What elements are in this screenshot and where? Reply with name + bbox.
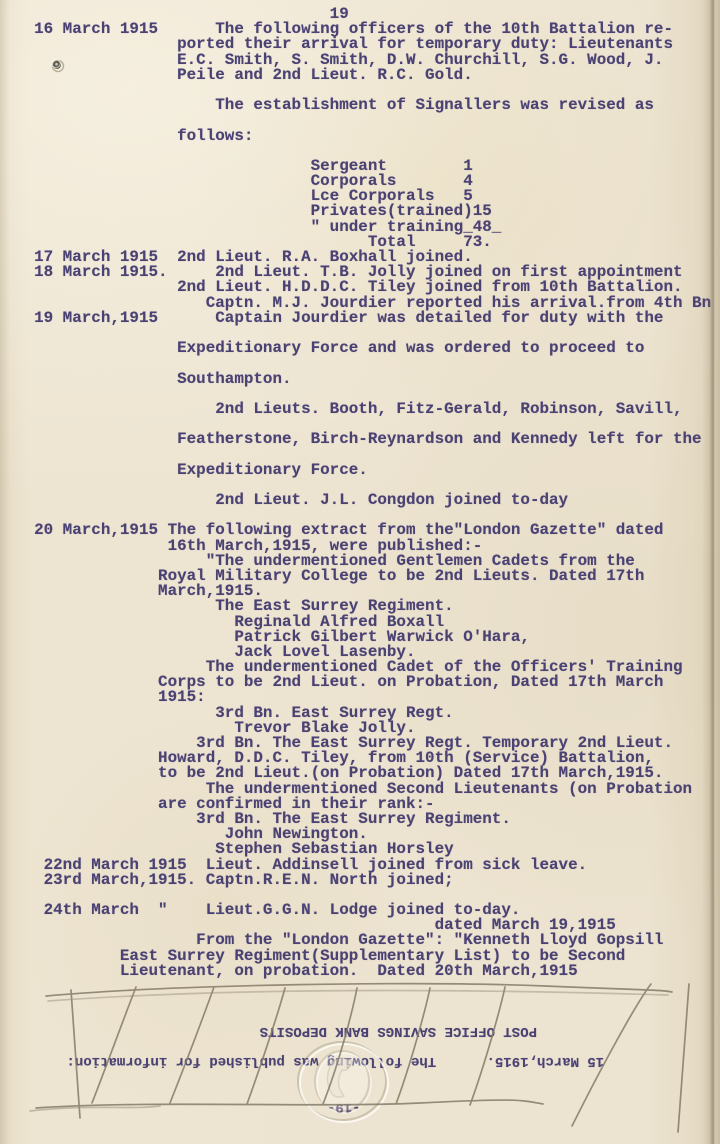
reversed-typed-line: -19-: [0, 1099, 705, 1114]
typed-line: follows:: [15, 129, 720, 144]
typed-line: 2nd Lieut. J.L. Congdon joined to-day: [15, 493, 720, 508]
typed-line: The establishment of Signallers was revi…: [15, 98, 720, 113]
typed-text-block: 19 16 March 1915 The following officers …: [15, 7, 720, 979]
typed-line: Lieutenant, on probation. Dated 20th Mar…: [15, 964, 720, 979]
typed-line: 19 March,1915 Captain Jourdier was detai…: [15, 311, 720, 326]
reversed-typed-line: POST OFFICE SAVINGS BANK DEPOSITS: [0, 1023, 705, 1038]
reversed-typed-line: [0, 1068, 705, 1083]
typed-line: Expeditionary Force.: [15, 463, 720, 478]
reversed-typed-line: 15 March,1915. The following was publish…: [0, 1053, 705, 1068]
typed-line: Featherstone, Birch-Reynardson and Kenne…: [15, 432, 720, 447]
reversed-typed-line: [0, 1038, 705, 1053]
reversed-typed-line: [0, 1084, 705, 1099]
page-edge-shadow-left: [0, 0, 10, 1144]
typed-line: 23rd March,1915. Captn.R.E.N. North join…: [15, 873, 720, 888]
typed-line: Expeditionary Force and was ordered to p…: [15, 341, 720, 356]
reversed-text-block: -19- 15 March,1915. The following was pu…: [0, 1022, 720, 1114]
typed-line: Southampton.: [15, 372, 720, 387]
typed-line: 2nd Lieuts. Booth, Fitz-Gerald, Robinson…: [15, 402, 720, 417]
page-edge-shadow-right: [702, 0, 720, 1144]
typed-line: Peile and 2nd Lieut. R.C. Gold.: [15, 68, 720, 83]
